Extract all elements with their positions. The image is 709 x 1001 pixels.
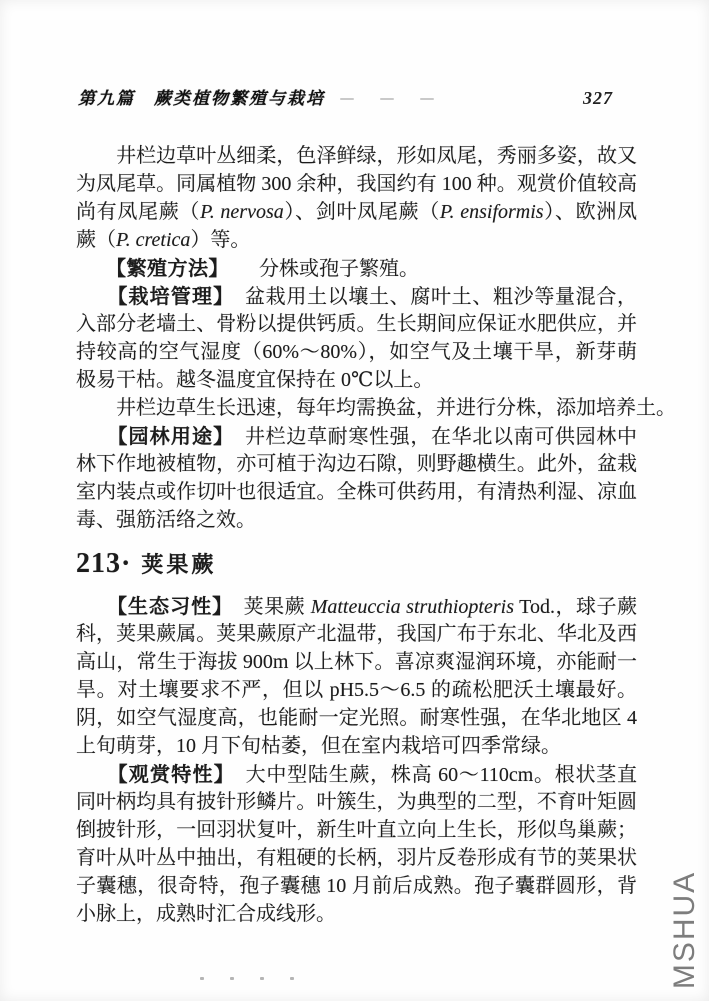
text-segment: 井栏边草叶丛细柔，色泽鲜绿，形如凤尾，秀丽多姿，故又称 <box>76 145 637 170</box>
section-title: 荚果蕨 <box>141 547 216 585</box>
text-line: 旱。对土壤要求不严，但以 pH5.5～6.5 的疏松肥沃土壤最好。喜半 <box>76 676 637 704</box>
text-line: 子囊穗，很奇特，孢子囊穗 10 月前后成熟。孢子囊群圆形，背生于 <box>76 872 637 900</box>
text-segment <box>76 286 117 308</box>
watermark: MSHUA <box>665 865 705 995</box>
scan-artifact <box>200 977 294 980</box>
text-line: 【栽培管理】 盆栽用土以壤土、腐叶土、粗沙等量混合，另加 <box>76 282 637 310</box>
text-segment: 室内装点或作切叶也很适宜。全株可供药用，有清热利湿、凉血解 <box>76 481 637 506</box>
text-column: 井栏边草叶丛细柔，色泽鲜绿，形如凤尾，秀丽多姿，故又称为凤尾草。同属植物 300… <box>76 142 637 928</box>
text-segment: 尚有凤尾蕨（ <box>76 201 200 223</box>
text-segment: 井栏边草生长迅速，每年均需换盆，并进行分株，添加培养土。 <box>76 397 676 419</box>
text-segment: 极易干枯。越冬温度宜保持在 0℃以上。 <box>76 369 433 391</box>
text-line: 【生态习性】 荚果蕨 Matteuccia struthiopteris Tod… <box>76 592 637 620</box>
text-line: 毒、强筋活络之效。 <box>76 506 637 534</box>
text-segment: 育叶从叶丛中抽出，有粗硬的长柄，羽片反卷形成有节的荚果状孢 <box>76 847 637 872</box>
text-segment: 子囊穗，很奇特，孢子囊穗 10 月前后成熟。孢子囊群圆形，背生于 <box>76 875 637 900</box>
text-line: 高山，常生于海拔 900m 以上林下。喜凉爽湿润环境，亦能耐一定干 <box>76 648 637 676</box>
field-label: 【繁殖方法】 <box>116 256 219 280</box>
text-line: 阴，如空气湿度高，也能耐一定光照。耐寒性强，在华北地区 4 月 <box>76 704 637 732</box>
text-line: 同叶柄均具有披针形鳞片。叶簇生，为典型的二型，不育叶矩圆状 <box>76 788 637 816</box>
text-line: 井栏边草叶丛细柔，色泽鲜绿，形如凤尾，秀丽多姿，故又称 <box>76 142 637 170</box>
scan-artifact <box>340 98 434 100</box>
text-segment: 荚果蕨 <box>223 596 311 618</box>
text-segment: 高山，常生于海拔 900m 以上林下。喜凉爽湿润环境，亦能耐一定干 <box>76 651 637 676</box>
field-label: 【园林用途】 <box>117 424 224 448</box>
field-label: 【观赏特性】 <box>117 762 224 786</box>
watermark-text: MSHUA <box>668 871 702 989</box>
text-segment: Tod.，球子蕨 <box>514 596 637 618</box>
section-number: 213· <box>76 545 131 583</box>
page-number: 327 <box>583 88 639 109</box>
text-segment <box>76 596 117 618</box>
text-line: 室内装点或作切叶也很适宜。全株可供药用，有清热利湿、凉血解 <box>76 478 637 506</box>
text-line: 【繁殖方法】 分株或孢子繁殖。 <box>76 254 637 282</box>
text-line: 上旬萌芽，10 月下旬枯萎，但在室内栽培可四季常绿。 <box>76 732 637 760</box>
text-segment: P. ensiformis <box>440 201 544 223</box>
text-line: 尚有凤尾蕨（P. nervosa）、剑叶凤尾蕨（P. ensiformis）、欧… <box>76 198 637 226</box>
text-segment: 分株或孢子繁殖。 <box>219 258 419 280</box>
text-line: 极易干枯。越冬温度宜保持在 0℃以上。 <box>76 366 637 394</box>
text-line: 蕨（P. cretica）等。 <box>76 226 637 254</box>
text-segment: 上旬萌芽，10 月下旬枯萎，但在室内栽培可四季常绿。 <box>76 735 561 757</box>
text-line: 倒披针形，一回羽状复叶，新生叶直立向上生长，形似鸟巢蕨；能 <box>76 816 637 844</box>
text-segment: 旱。对土壤要求不严，但以 pH5.5～6.5 的疏松肥沃土壤最好。喜半 <box>76 679 637 704</box>
text-line: 持较高的空气湿度（60%～80%），如空气及土壤干旱，新芽萌发后 <box>76 338 637 366</box>
text-segment: 持较高的空气湿度（60%～80%），如空气及土壤干旱，新芽萌发后 <box>76 341 637 366</box>
text-segment: 毒、强筋活络之效。 <box>76 509 256 531</box>
text-line: 科，荚果蕨属。荚果蕨原产北温带，我国广布于东北、华北及西南 <box>76 620 637 648</box>
text-segment: 倒披针形，一回羽状复叶，新生叶直立向上生长，形似鸟巢蕨；能 <box>76 819 637 844</box>
text-segment: 林下作地被植物，亦可植于沟边石隙，则野趣横生。此外，盆栽供 <box>76 453 637 478</box>
text-line: 林下作地被植物，亦可植于沟边石隙，则野趣横生。此外，盆栽供 <box>76 450 637 478</box>
page-header: 第九篇 蕨类植物繁殖与栽培 327 <box>78 84 639 109</box>
text-segment: 科，荚果蕨属。荚果蕨原产北温带，我国广布于东北、华北及西南 <box>76 623 637 648</box>
text-line: 井栏边草生长迅速，每年均需换盆，并进行分株，添加培养土。 <box>76 394 637 422</box>
text-segment: 蕨（ <box>76 229 116 251</box>
text-segment: 为凤尾草。同属植物 300 余种，我国约有 100 种。观赏价值较高的 <box>76 173 637 198</box>
text-segment: 阴，如空气湿度高，也能耐一定光照。耐寒性强，在华北地区 4 月 <box>76 707 637 732</box>
text-segment: ）、剑叶凤尾蕨（ <box>284 201 440 223</box>
text-segment: Matteuccia struthiopteris <box>311 596 514 618</box>
text-segment <box>76 426 117 448</box>
field-label: 【生态习性】 <box>117 594 223 618</box>
text-segment <box>76 764 117 786</box>
text-segment: P. cretica <box>116 229 190 251</box>
text-line: 【园林用途】 井栏边草耐寒性强，在华北以南可供园林中阴湿 <box>76 422 637 450</box>
chapter-title: 第九篇 蕨类植物繁殖与栽培 <box>78 84 325 109</box>
text-line: 【观赏特性】 大中型陆生蕨，株高 60～110cm。根状茎直立，连 <box>76 760 637 788</box>
text-segment: 入部分老墙土、骨粉以提供钙质。生长期间应保证水肥供应，并保 <box>76 313 637 338</box>
text-segment: P. nervosa <box>200 201 284 223</box>
text-segment <box>76 258 116 280</box>
book-page: 第九篇 蕨类植物繁殖与栽培 327 井栏边草叶丛细柔，色泽鲜绿，形如凤尾，秀丽多… <box>0 0 709 1001</box>
text-line: 入部分老墙土、骨粉以提供钙质。生长期间应保证水肥供应，并保 <box>76 310 637 338</box>
section-heading: 213·荚果蕨 <box>76 545 637 583</box>
text-segment: ）等。 <box>190 229 250 251</box>
text-segment: 小脉上，成熟时汇合成线形。 <box>76 903 336 925</box>
text-line: 为凤尾草。同属植物 300 余种，我国约有 100 种。观赏价值较高的 <box>76 170 637 198</box>
field-label: 【栽培管理】 <box>117 284 224 308</box>
text-line: 小脉上，成熟时汇合成线形。 <box>76 900 637 928</box>
text-segment: 同叶柄均具有披针形鳞片。叶簇生，为典型的二型，不育叶矩圆状 <box>76 791 637 816</box>
text-line: 育叶从叶丛中抽出，有粗硬的长柄，羽片反卷形成有节的荚果状孢 <box>76 844 637 872</box>
